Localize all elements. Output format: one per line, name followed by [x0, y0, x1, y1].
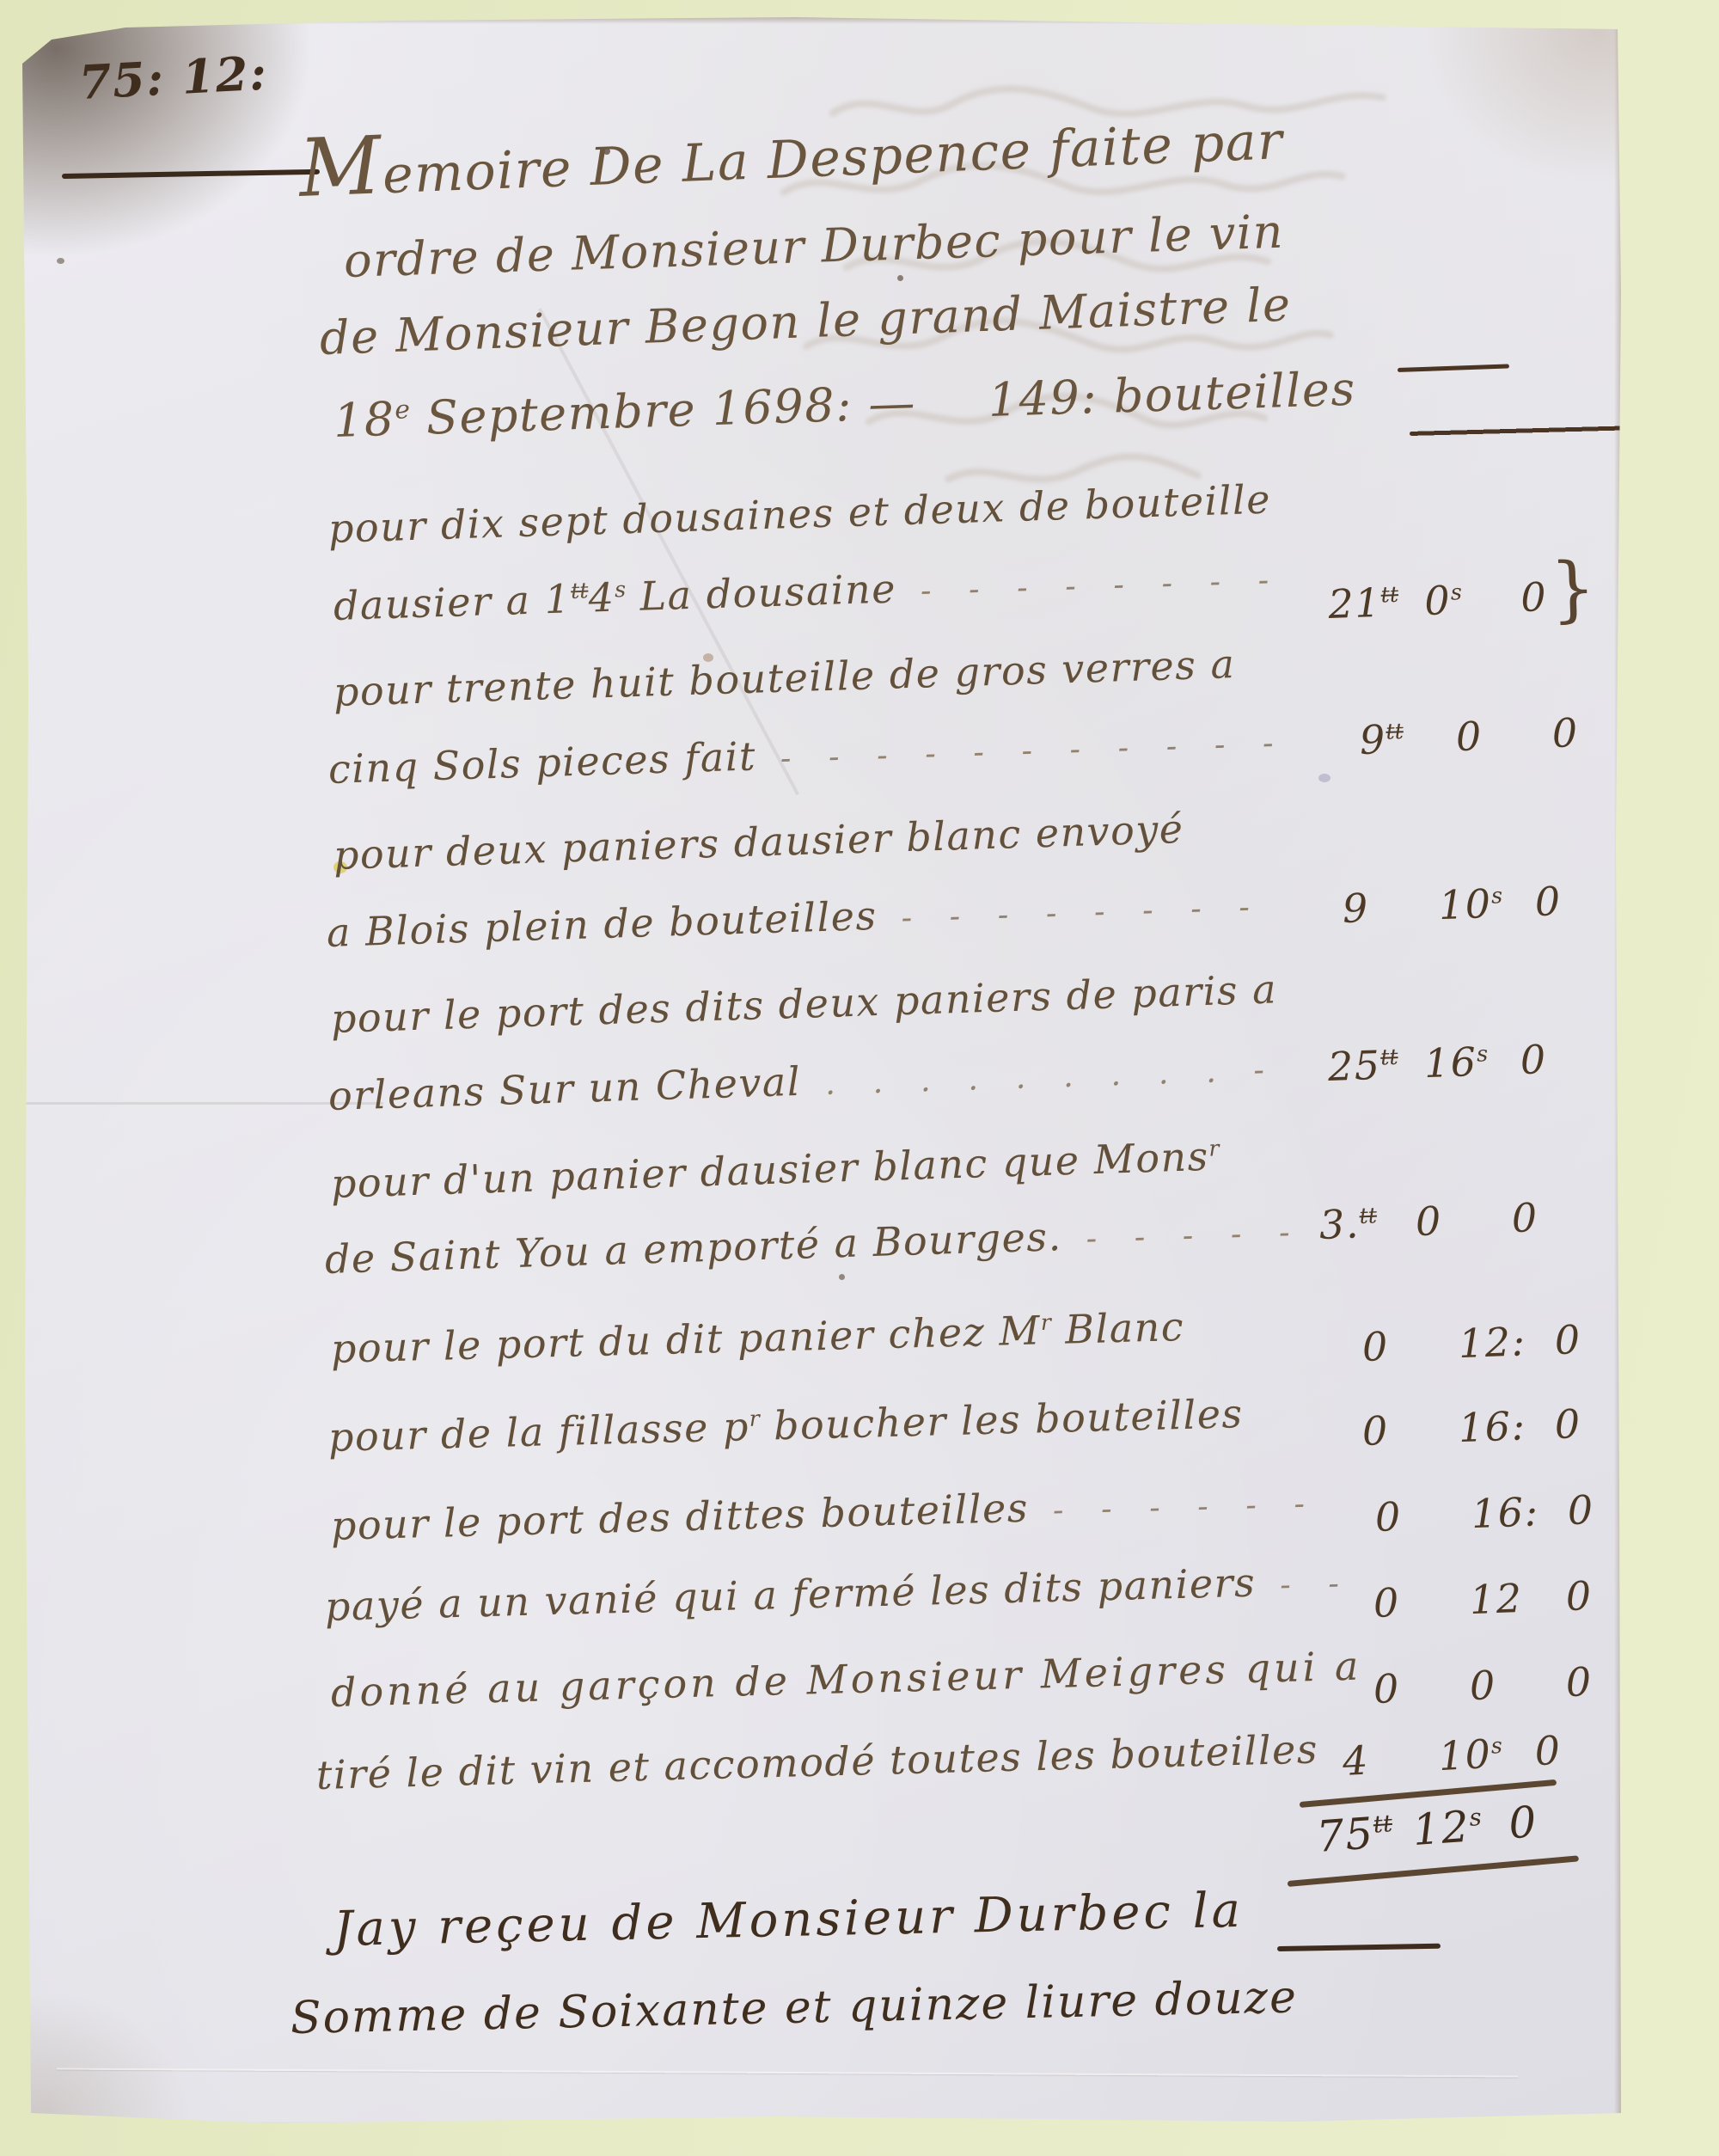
- item-2-line-1: pour trente huit bouteille de gros verre…: [333, 640, 1236, 715]
- item-10-line-1: donné au garçon de Monsieur Meigres qui …: [330, 1643, 1362, 1716]
- paper-top-left-smudge: [12, 7, 321, 265]
- manuscript-paper: 75: 12: Memoire De La Despence faite par…: [22, 17, 1623, 2128]
- receipt-line-2: Somme de Soixante et quinze liure douze: [290, 1971, 1298, 2044]
- item-5-line-1: pour d'un panier dausier blanc que Monsr: [330, 1133, 1220, 1207]
- item-3-line-1: pour deux paniers dausier blanc envoyé: [333, 805, 1184, 879]
- amount-bracket: }: [1549, 546, 1599, 631]
- header-underline: [62, 169, 320, 179]
- ink-speck: [839, 1274, 845, 1280]
- item-6-line: pour le port du dit panier chez Mr Blanc: [330, 1303, 1184, 1372]
- item-4-line-2: orleans Sur un Cheval. . . . . . . . . -: [327, 1043, 1278, 1119]
- dot-leader: - -: [1280, 1565, 1354, 1603]
- item-1-amount: 21tt 0s 0 }: [1326, 542, 1598, 635]
- item-7-amount: 0 16: 0: [1361, 1400, 1582, 1455]
- paper-bottom-left-shade: [15, 1981, 205, 2135]
- item-9-line: payé a un vanié qui a fermé les dits pan…: [324, 1557, 1353, 1630]
- item-5-line-2: de Saint You a emporté a Bourges.- - - -…: [324, 1205, 1304, 1283]
- item-6-amount: 0 12: 0: [1361, 1316, 1582, 1370]
- dot-leader: - - - - - - - - - - -: [780, 724, 1288, 777]
- item-9-amount: 0 12 0: [1373, 1572, 1594, 1626]
- item-4-amount: 25tt 16s 0: [1327, 1036, 1548, 1090]
- item-8-line: pour le port des dittes bouteilles- - - …: [330, 1477, 1318, 1549]
- date-ordinal: e: [395, 395, 411, 426]
- ink-speck: [57, 258, 64, 264]
- dot-leader: . . . . . . . . . -: [824, 1050, 1278, 1102]
- item-10-line-2-amount: 4 10s 0: [1342, 1727, 1563, 1785]
- item-4-line-1: pour le port des dits deux paniers de pa…: [330, 965, 1278, 1042]
- stain-blue: [1318, 774, 1331, 782]
- item-3-amount: 9 10s 0: [1342, 878, 1563, 932]
- item-2-line-2: cinq Sols pieces fait- - - - - - - - - -…: [327, 716, 1288, 793]
- bottle-count: 149: bouteilles: [988, 362, 1357, 427]
- header-note: 75: 12:: [77, 46, 269, 110]
- dot-leader: - - - - - - - -: [901, 888, 1263, 936]
- item-1-line-2: dausier a 1tt4s La dousaine- - - - - - -…: [333, 553, 1283, 629]
- item-7-line: pour de la fillasse pr boucher les boute…: [327, 1390, 1244, 1461]
- ink-speck: [897, 275, 903, 281]
- item-3-line-2: a Blois plein de bouteilles- - - - - - -…: [326, 880, 1263, 956]
- item-8-amount: 0 16: 0: [1374, 1486, 1595, 1540]
- item-10-line-2: tiré le dit vin et accomodé toutes les b…: [315, 1725, 1318, 1798]
- paper-crease-bottom: [57, 2068, 1518, 2078]
- date-number: 18: [333, 392, 396, 448]
- item-5-amount: 3.tt 0 0: [1318, 1194, 1539, 1248]
- dot-leader: - - - - -: [1086, 1213, 1304, 1257]
- total-amount: 75tt 12s 0: [1315, 1797, 1539, 1862]
- item-10-amount: 0 0 0: [1373, 1658, 1594, 1712]
- receipt-line-1: Jay reçeu de Monsieur Durbec la: [333, 1883, 1244, 1957]
- item-2-amount: 9tt 0 0: [1359, 709, 1580, 763]
- receipt-line-1-dash: [1277, 1944, 1441, 1951]
- dot-leader: - - - - - - - -: [920, 560, 1282, 609]
- dot-leader: - - - - - -: [1052, 1485, 1318, 1528]
